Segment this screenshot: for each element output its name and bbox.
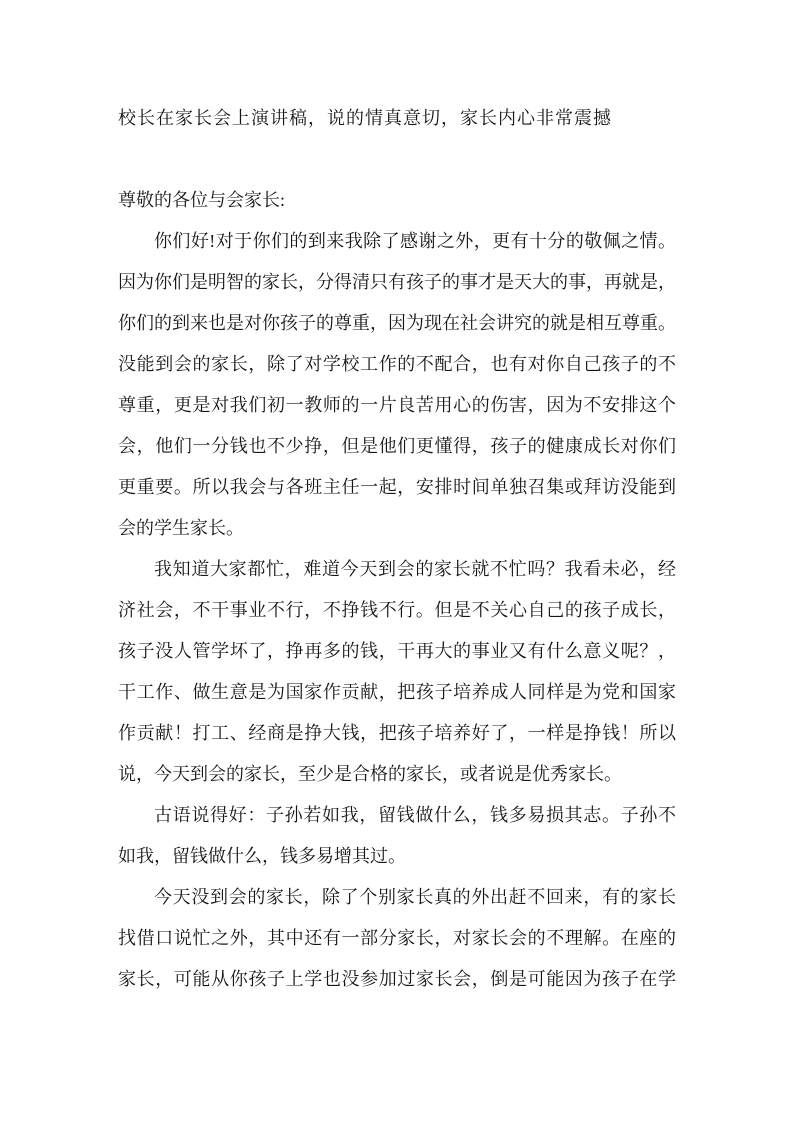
paragraph: 古语说得好：子孙若如我，留钱做什么，钱多易损其志。子孙不如我，留钱做什么，钱多易… (118, 795, 676, 877)
document-body: 你们好!对于你们的到来我除了感谢之外，更有十分的敬佩之情。因为你们是明智的家长，… (118, 221, 676, 1000)
blank-line (118, 139, 676, 180)
text-line: 济社会，不干事业不行，不挣钱不行。但是不关心自己的孩子成长， (118, 590, 676, 631)
text-line: 找借口说忙之外，其中还有一部分家长，对家长会的不理解。在座的 (118, 918, 676, 959)
text-line: 家长，可能从你孩子上学也没参加过家长会，倒是可能因为孩子在学 (118, 959, 676, 1000)
text-line: 你们好!对于你们的到来我除了感谢之外，更有十分的敬佩之情。 (118, 221, 676, 262)
paragraph: 你们好!对于你们的到来我除了感谢之外，更有十分的敬佩之情。因为你们是明智的家长，… (118, 221, 676, 549)
paragraph: 我知道大家都忙，难道今天到会的家长就不忙吗？我看未必，经济社会，不干事业不行，不… (118, 549, 676, 795)
salutation: 尊敬的各位与会家长: (118, 180, 676, 221)
text-line: 古语说得好：子孙若如我，留钱做什么，钱多易损其志。子孙不 (118, 795, 676, 836)
text-line: 作贡献！打工、经商是挣大钱，把孩子培养好了，一样是挣钱！所以 (118, 713, 676, 754)
document-title: 校长在家长会上演讲稿，说的情真意切，家长内心非常震撼 (118, 98, 676, 139)
text-line: 更重要。所以我会与各班主任一起，安排时间单独召集或拜访没能到 (118, 467, 676, 508)
text-line: 没能到会的家长，除了对学校工作的不配合，也有对你自己孩子的不 (118, 344, 676, 385)
document-page: 校长在家长会上演讲稿，说的情真意切，家长内心非常震撼 尊敬的各位与会家长: 你们… (118, 98, 676, 1000)
text-line: 因为你们是明智的家长，分得清只有孩子的事才是天大的事，再就是， (118, 262, 676, 303)
text-line: 会，他们一分钱也不少挣，但是他们更懂得，孩子的健康成长对你们 (118, 426, 676, 467)
text-line: 今天没到会的家长，除了个别家长真的外出赶不回来，有的家长 (118, 877, 676, 918)
text-line: 孩子没人管学坏了，挣再多的钱，干再大的事业又有什么意义呢？， (118, 631, 676, 672)
text-line: 你们的到来也是对你孩子的尊重，因为现在社会讲究的就是相互尊重。 (118, 303, 676, 344)
paragraph: 今天没到会的家长，除了个别家长真的外出赶不回来，有的家长找借口说忙之外，其中还有… (118, 877, 676, 1000)
text-line: 会的学生家长。 (118, 508, 676, 549)
text-line: 尊重，更是对我们初一教师的一片良苦用心的伤害，因为不安排这个 (118, 385, 676, 426)
text-line: 干工作、做生意是为国家作贡献，把孩子培养成人同样是为党和国家 (118, 672, 676, 713)
text-line: 如我，留钱做什么，钱多易增其过。 (118, 836, 676, 877)
text-line: 我知道大家都忙，难道今天到会的家长就不忙吗？我看未必，经 (118, 549, 676, 590)
text-line: 说，今天到会的家长，至少是合格的家长，或者说是优秀家长。 (118, 754, 676, 795)
